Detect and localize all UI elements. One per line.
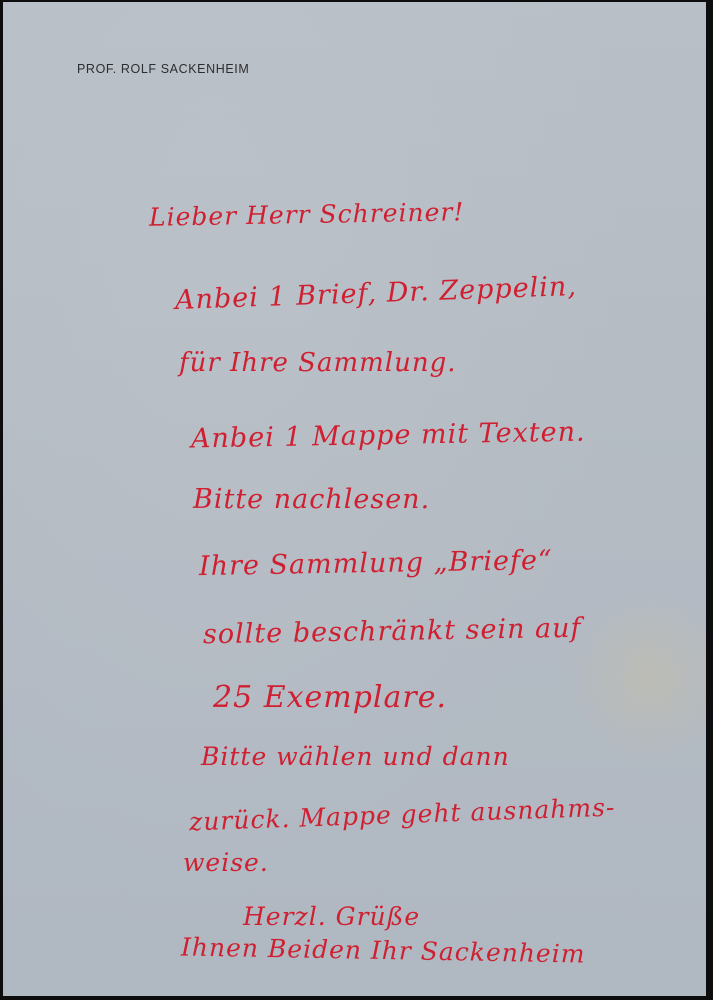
letter-line: zurück. Mappe geht ausnahms-	[189, 793, 616, 837]
letter-line: Bitte nachlesen.	[193, 484, 430, 515]
letter-page: PROF. ROLF SACKENHEIM Lieber Herr Schrei…	[3, 2, 706, 996]
letter-line: sollte beschränkt sein auf	[203, 613, 582, 651]
letter-line: Anbei 1 Mappe mit Texten.	[191, 417, 586, 455]
letter-line: 25 Exemplare.	[213, 680, 447, 715]
signature: Ihnen Beiden Ihr Sackenheim	[181, 932, 586, 968]
closing: Herzl. Grüße	[243, 902, 420, 931]
salutation: Lieber Herr Schreiner!	[149, 197, 465, 232]
letter-line: weise.	[183, 848, 269, 877]
letter-line: Ihre Sammlung „Briefe“	[199, 545, 553, 582]
letter-line: Anbei 1 Brief, Dr. Zeppelin,	[175, 271, 578, 316]
letter-line: für Ihre Sammlung.	[179, 348, 457, 378]
letter-line: Bitte wählen und dann	[201, 742, 510, 771]
letterhead: PROF. ROLF SACKENHEIM	[77, 62, 249, 76]
